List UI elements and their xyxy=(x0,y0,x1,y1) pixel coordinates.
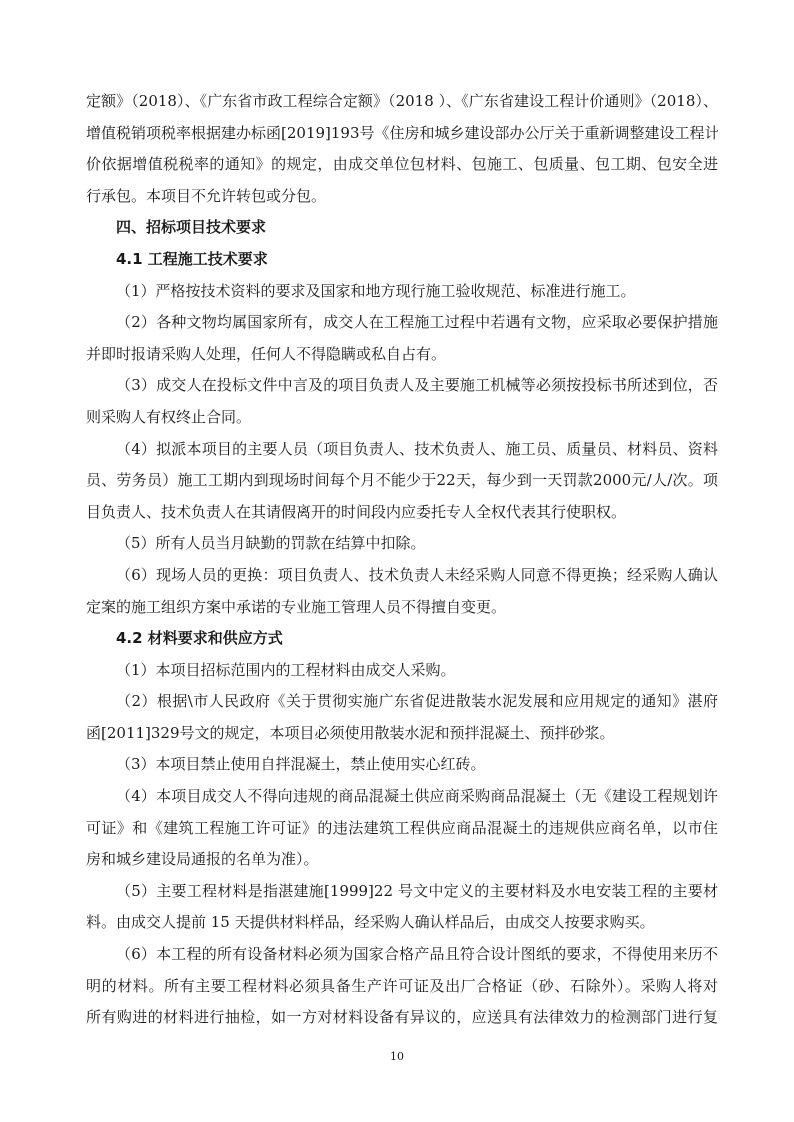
section-heading: 四、招标项目技术要求 xyxy=(86,212,718,244)
list-item: （2）根据\市人民政府《关于贯彻实施广东省促进散装水泥发展和应用规定的通知》湛府… xyxy=(86,686,718,749)
text-line: （3）成交人在投标文件中言及的项目负责人及主要施工机械等必须按投标书所述到位，否 xyxy=(86,370,718,402)
list-item: （4）本项目成交人不得向违规的商品混凝土供应商采购商品混凝土（无《建设工程规划许… xyxy=(86,781,718,876)
list-item: （3）本项目禁止使用自拌混凝土，禁止使用实心红砖。 xyxy=(86,749,718,781)
list-item: （3）成交人在投标文件中言及的项目负责人及主要施工机械等必须按投标书所述到位，否… xyxy=(86,370,718,433)
page-number: 10 xyxy=(0,1050,794,1063)
text-line: （3）本项目禁止使用自拌混凝土，禁止使用实心红砖。 xyxy=(86,749,718,781)
list-item: （4）拟派本项目的主要人员（项目负责人、技术负责人、施工员、质量员、材料员、资料… xyxy=(86,434,718,529)
text-line: 增值税销项税率根据建办标函[2019]193号《住房和城乡建设部办公厅关于重新调… xyxy=(86,118,718,150)
text-line: 明的材料。所有主要工程材料必须具备生产许可证及出厂合格证（砂、石除外）。采购人将… xyxy=(86,971,718,1003)
text-line: 可证》和《建筑工程施工许可证》的违法建筑工程供应商品混凝土的违规供应商名单，以市… xyxy=(86,813,718,845)
text-line: 料。由成交人提前 15 天提供材料样品，经采购人确认样品后，由成交人按要求购买。 xyxy=(86,907,718,939)
text-line: 定额》（2018）、《广东省市政工程综合定额》（2018 ）、《广东省建设工程计… xyxy=(86,86,718,118)
text-line: （1）本项目招标范围内的工程材料由成交人采购。 xyxy=(86,655,718,687)
subsection-heading-4-2: 4.2 材料要求和供应方式 xyxy=(86,623,718,655)
text-line: 目负责人、技术负责人在其请假离开的时间段内应委托专人全权代表其行使职权。 xyxy=(86,497,718,529)
text-line: 则采购人有权终止合同。 xyxy=(86,402,718,434)
text-line: （6）本工程的所有设备材料必须为国家合格产品且符合设计图纸的要求，不得使用来历不 xyxy=(86,939,718,971)
text-line: （4）本项目成交人不得向违规的商品混凝土供应商采购商品混凝土（无《建设工程规划许 xyxy=(86,781,718,813)
list-item: （1）本项目招标范围内的工程材料由成交人采购。 xyxy=(86,655,718,687)
text-line: （2）根据\市人民政府《关于贯彻实施广东省促进散装水泥发展和应用规定的通知》湛府 xyxy=(86,686,718,718)
list-item: （5）主要工程材料是指湛建施[1999]22 号文中定义的主要材料及水电安装工程… xyxy=(86,876,718,939)
subsection-heading-4-1: 4.1 工程施工技术要求 xyxy=(86,244,718,276)
list-item: （6）现场人员的更换：项目负责人、技术负责人未经采购人同意不得更换；经采购人确认… xyxy=(86,560,718,623)
list-item: （6）本工程的所有设备材料必须为国家合格产品且符合设计图纸的要求，不得使用来历不… xyxy=(86,939,718,1034)
text-line: （4）拟派本项目的主要人员（项目负责人、技术负责人、施工员、质量员、材料员、资料 xyxy=(86,434,718,466)
text-line: 行承包。本项目不允许转包或分包。 xyxy=(86,181,718,213)
text-line: 价依据增值税税率的通知》的规定，由成交单位包材料、包施工、包质量、包工期、包安全… xyxy=(86,149,718,181)
intro-paragraph: 定额》（2018）、《广东省市政工程综合定额》（2018 ）、《广东省建设工程计… xyxy=(86,86,718,212)
text-line: 定案的施工组织方案中承诺的专业施工管理人员不得擅自变更。 xyxy=(86,592,718,624)
text-line: 员、劳务员）施工工期内到现场时间每个月不能少于22天，每少到一天罚款2000元/… xyxy=(86,465,718,497)
text-line: （6）现场人员的更换：项目负责人、技术负责人未经采购人同意不得更换；经采购人确认 xyxy=(86,560,718,592)
list-item: （2）各种文物均属国家所有，成交人在工程施工过程中若遇有文物，应采取必要保护措施… xyxy=(86,307,718,370)
text-line: 房和城乡建设局通报的名单为准）。 xyxy=(86,844,718,876)
text-line: 所有购进的材料进行抽检，如一方对材料设备有异议的，应送具有法律效力的检测部门进行… xyxy=(86,1002,718,1034)
text-line: （2）各种文物均属国家所有，成交人在工程施工过程中若遇有文物，应采取必要保护措施 xyxy=(86,307,718,339)
text-line: 并即时报请采购人处理，任何人不得隐瞒或私自占有。 xyxy=(86,339,718,371)
text-line: 函[2011]329号文的规定，本项目必须使用散装水泥和预拌混凝土、预拌砂浆。 xyxy=(86,718,718,750)
text-line: （5）所有人员当月缺勤的罚款在结算中扣除。 xyxy=(86,528,718,560)
list-item: （5）所有人员当月缺勤的罚款在结算中扣除。 xyxy=(86,528,718,560)
list-item: （1）严格按技术资料的要求及国家和地方现行施工验收规范、标准进行施工。 xyxy=(86,276,718,308)
document-page: 定额》（2018）、《广东省市政工程综合定额》（2018 ）、《广东省建设工程计… xyxy=(86,86,718,1034)
text-line: （1）严格按技术资料的要求及国家和地方现行施工验收规范、标准进行施工。 xyxy=(86,276,718,308)
text-line: （5）主要工程材料是指湛建施[1999]22 号文中定义的主要材料及水电安装工程… xyxy=(86,876,718,908)
